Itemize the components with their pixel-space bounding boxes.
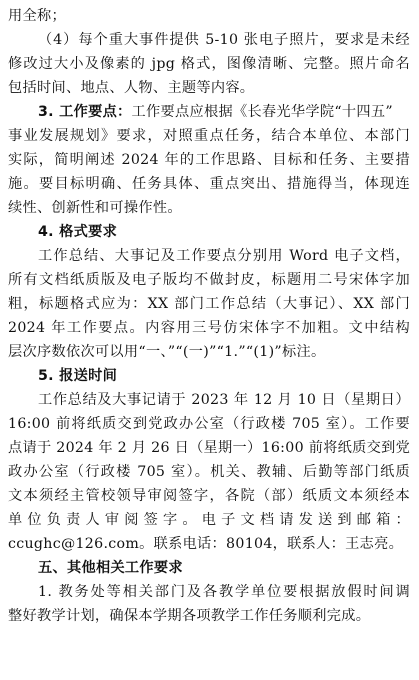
section-3-text: 工作要点应根据《长春光华学院“十四五” xyxy=(132,104,393,120)
text-line: 工作总结及大事记请于 2023 年 12 月 10 日（星期日） xyxy=(38,388,410,412)
text-line: 整好教学计划，确保本学期各项教学工作任务顺利完成。 xyxy=(8,604,410,628)
text-line: 层次序数依次可以用“一、”“(一)”“1.”“(1)”标注。 xyxy=(8,340,410,364)
text-line: 粗，标题格式应为：XX 部门工作总结（大事记）、XX 部门 xyxy=(8,292,410,316)
text-line: 单位负责人审阅签字。电子文档请发送到邮箱： xyxy=(8,508,410,532)
text-line: 实际，简明阐述 2024 年的工作思路、目标和任务、主要措 xyxy=(8,148,410,172)
text-line: 包括时间、地点、人物、主题等内容。 xyxy=(8,76,410,100)
text-line: 1. 教务处等相关部门及各教学单位要根据放假时间调 xyxy=(38,580,410,604)
section-5-heading: 5. 报送时间 xyxy=(38,364,410,388)
section-3-heading: 3. 工作要点： xyxy=(38,104,132,120)
section-five-heading: 五、其他相关工作要求 xyxy=(38,556,410,580)
text-line: 文本须经主管校领导审阅签字，各院（部）纸质文本须经本 xyxy=(8,484,410,508)
text-line: 施。要目标明确、任务具体、重点突出、措施得当，体现连 xyxy=(8,172,410,196)
email-contact-line: ccughc@126.com。联系电话：80104，联系人：王志亮。 xyxy=(8,532,410,556)
text-line: 事业发展规划》要求，对照重点任务，结合本单位、本部门 xyxy=(8,124,410,148)
document-page: 用全称； （4）每个重大事件提供 5-10 张电子照片，要求是未经 修改过大小及… xyxy=(0,0,419,680)
section-3-line: 3. 工作要点：工作要点应根据《长春光华学院“十四五” xyxy=(38,100,410,124)
text-line: （4）每个重大事件提供 5-10 张电子照片，要求是未经 xyxy=(38,28,410,52)
text-line: 2024 年工作要点。内容用三号仿宋体字不加粗。文中结构 xyxy=(8,316,410,340)
text-line: 续性、创新性和可操作性。 xyxy=(8,196,410,220)
text-line: 修改过大小及像素的 jpg 格式，图像清晰、完整。照片命名 xyxy=(8,52,410,76)
text-line: 16:00 前将纸质交到党政办公室（行政楼 705 室）。工作要 xyxy=(8,412,410,436)
text-line: 工作总结、大事记及工作要点分别用 Word 电子文档， xyxy=(38,244,410,268)
section-4-heading: 4. 格式要求 xyxy=(38,220,410,244)
text-line: 用全称； xyxy=(8,4,410,28)
text-line: 点请于 2024 年 2 月 26 日（星期一）16:00 前将纸质交到党 xyxy=(8,436,410,460)
text-line: 政办公室（行政楼 705 室）。机关、教辅、后勤等部门纸质 xyxy=(8,460,410,484)
text-line: 所有文档纸质版及电子版均不做封皮，标题用二号宋体字加 xyxy=(8,268,410,292)
